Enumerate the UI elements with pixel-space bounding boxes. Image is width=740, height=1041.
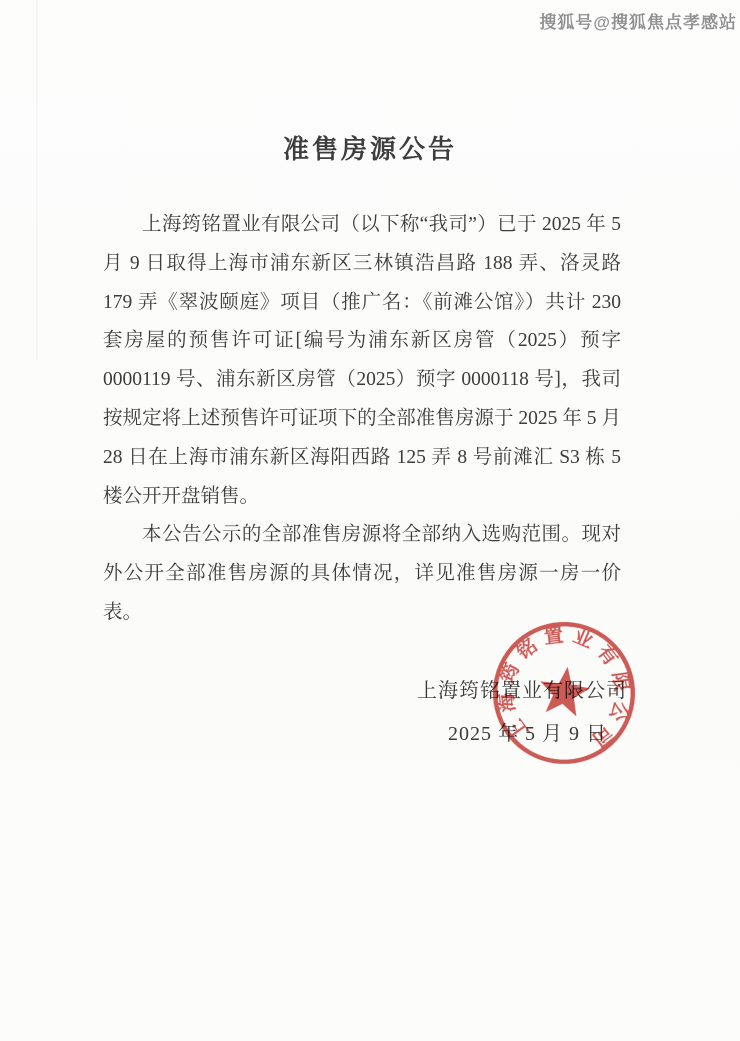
watermark-souhu: 搜狐号@搜狐焦点孝感站 <box>539 8 737 33</box>
announcement-body: 上海筠铭置业有限公司（以下称“我司”）已于 2025 年 5 月 9 日取得上海… <box>103 206 621 633</box>
company-seal: 上海筠铭置业有限公司 <box>479 608 648 777</box>
scan-crease <box>36 0 38 360</box>
seal-star-icon <box>536 663 592 717</box>
paragraph-presale-permit: 上海筠铭置业有限公司（以下称“我司”）已于 2025 年 5 月 9 日取得上海… <box>103 206 621 516</box>
page-title: 准售房源公告 <box>0 129 740 166</box>
document-page: 搜狐号@搜狐焦点孝感站 准售房源公告 上海筠铭置业有限公司（以下称“我司”）已于… <box>0 0 740 1041</box>
